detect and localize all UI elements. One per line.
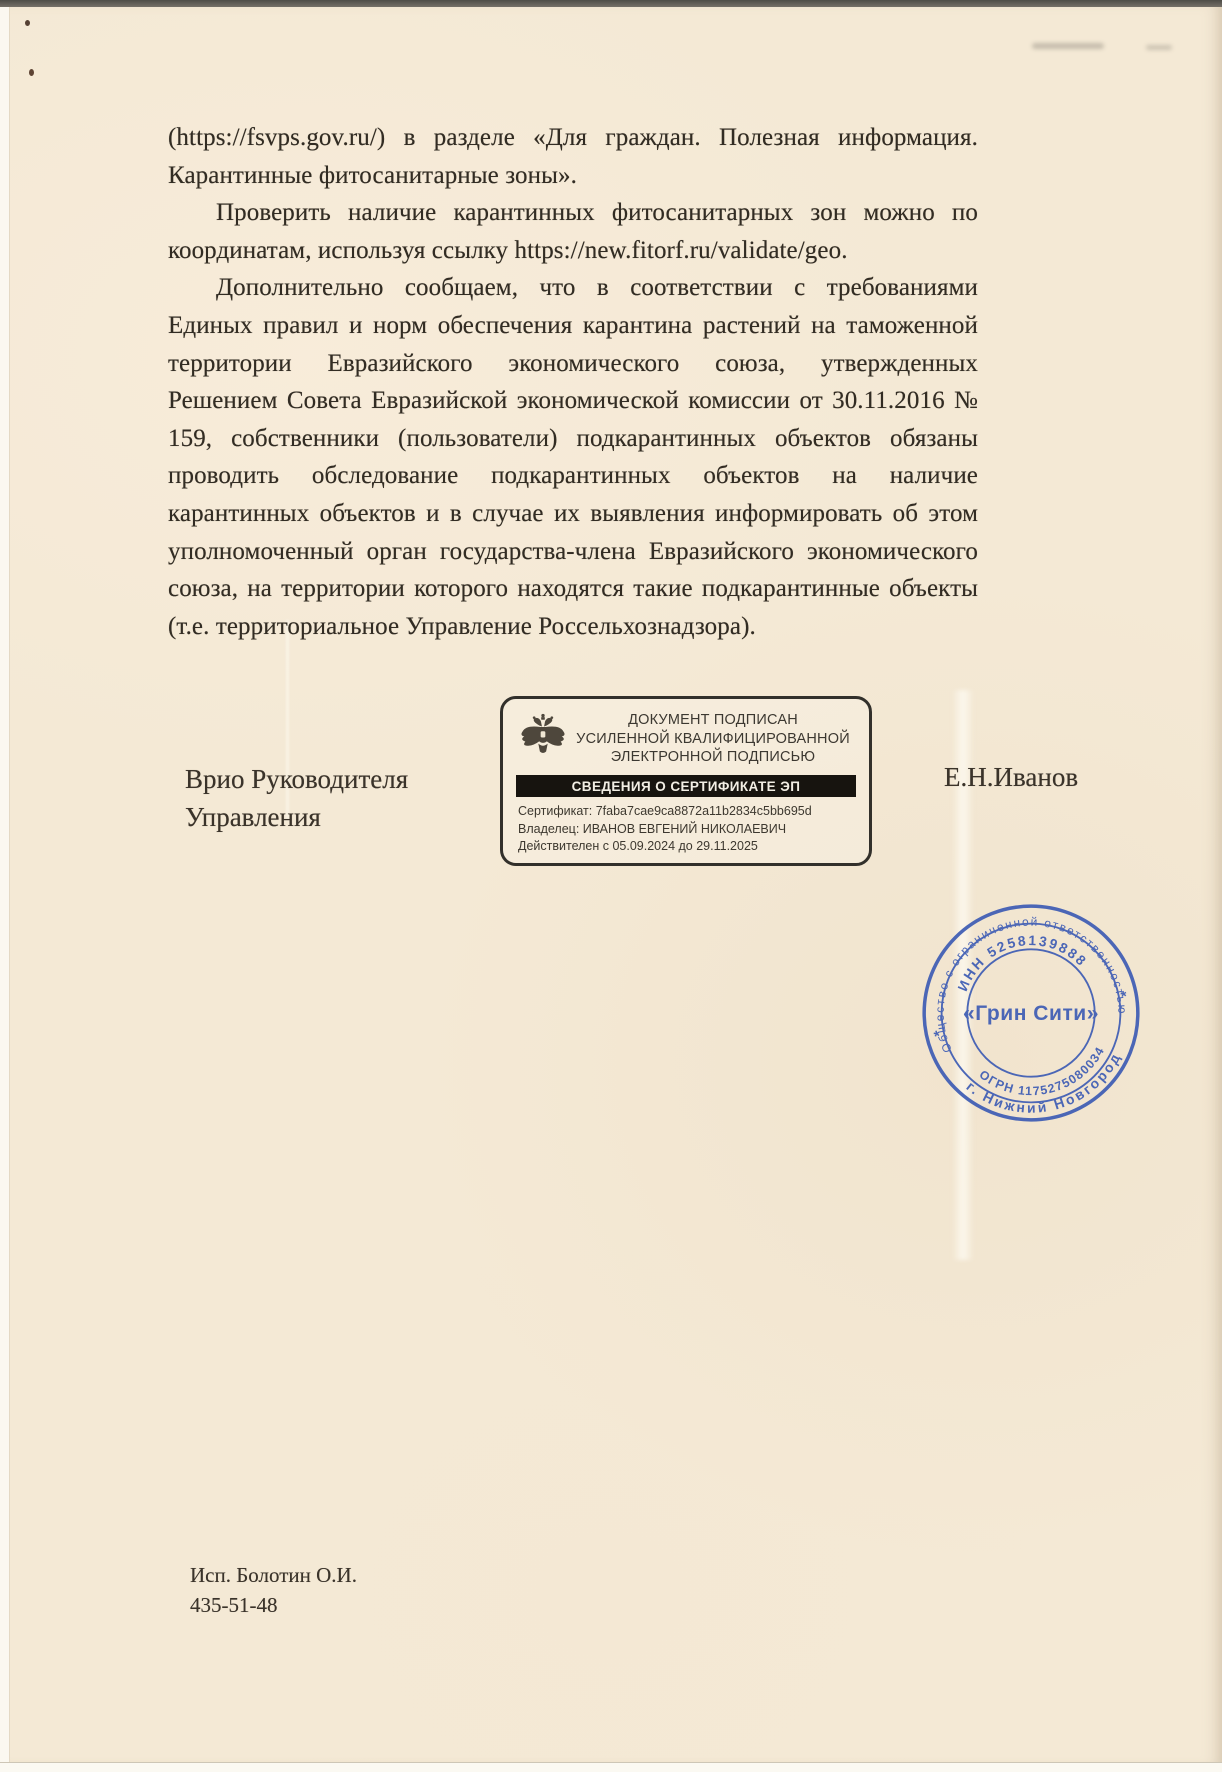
- staple-mark: [29, 69, 34, 76]
- signer-position-line: Врио Руководителя: [185, 760, 408, 798]
- esign-title-line: ЭЛЕКТРОННОЙ ПОДПИСЬЮ: [569, 748, 857, 767]
- body-line: уполномоченный орган государства-члена Е…: [168, 533, 978, 571]
- footer-executor-block: Исп. Болотин О.И. 435-51-48: [190, 1560, 357, 1620]
- signer-name: Е.Н.Иванов: [944, 762, 1078, 793]
- esign-title-line: УСИЛЕННОЙ КВАЛИФИЦИРОВАННОЙ: [569, 730, 857, 749]
- esign-certificate-owner: Владелец: ИВАНОВ ЕВГЕНИЙ НИКОЛАЕВИЧ: [518, 821, 857, 839]
- esign-certificate-validity: Действителен с 05.09.2024 до 29.11.2025: [518, 838, 857, 856]
- esign-certificate-number: Сертификат: 7faba7cae9ca8872a11b2834c5bb…: [518, 803, 857, 821]
- scan-smudge: [1032, 43, 1104, 49]
- letter-body: (https://fsvps.gov.ru/) в разделе «Для г…: [168, 119, 978, 645]
- body-line: Дополнительно сообщаем, что в соответств…: [168, 269, 978, 307]
- esign-certificate-bar: СВЕДЕНИЯ О СЕРТИФИКАТЕ ЭП: [516, 775, 856, 797]
- esign-title-line: ДОКУМЕНТ ПОДПИСАН: [569, 711, 857, 730]
- stamp-company-name: «Грин Сити»: [963, 1002, 1099, 1025]
- executor-phone: 435-51-48: [190, 1590, 357, 1620]
- company-round-stamp: Общество с ограниченной ответственностью…: [918, 900, 1144, 1126]
- body-line: координатам, используя ссылку https://ne…: [168, 232, 978, 270]
- staple-mark: [25, 20, 30, 26]
- scanned-letter-page: (https://fsvps.gov.ru/) в разделе «Для г…: [0, 0, 1222, 1772]
- signer-position-line: Управления: [185, 798, 408, 836]
- esignature-stamp-box: ДОКУМЕНТ ПОДПИСАН УСИЛЕННОЙ КВАЛИФИЦИРОВ…: [500, 696, 872, 866]
- esign-certificate-info: Сертификат: 7faba7cae9ca8872a11b2834c5bb…: [518, 803, 857, 856]
- scan-smudge: [1146, 45, 1172, 50]
- esign-title: ДОКУМЕНТ ПОДПИСАН УСИЛЕННОЙ КВАЛИФИЦИРОВ…: [569, 711, 857, 767]
- body-line: (т.е. территориальное Управление Россель…: [168, 608, 978, 646]
- scan-edge-bottom: [0, 1762, 1222, 1772]
- body-line: Единых правил и норм обеспечения каранти…: [168, 307, 978, 345]
- scan-edge-left: [0, 7, 10, 1772]
- body-line: союза, на территории которого находятся …: [168, 570, 978, 608]
- body-line: Карантинные фитосанитарные зоны».: [168, 157, 978, 195]
- body-line: Решением Совета Евразийской экономическо…: [168, 382, 978, 420]
- svg-text:Общество с ограниченной ответс: Общество с ограниченной ответственностью: [918, 900, 1132, 1055]
- body-line: карантинных объектов и в случае их выявл…: [168, 495, 978, 533]
- double-headed-eagle-icon: [517, 710, 569, 768]
- body-line: территории Евразийского экономического с…: [168, 345, 978, 383]
- executor-name: Исп. Болотин О.И.: [190, 1560, 357, 1590]
- body-line: 159, собственники (пользователи) подкара…: [168, 420, 978, 458]
- body-line: проводить обследование подкарантинных об…: [168, 457, 978, 495]
- signer-position: Врио Руководителя Управления: [185, 760, 408, 836]
- body-line: (https://fsvps.gov.ru/) в разделе «Для г…: [168, 119, 978, 157]
- scan-edge-top: [0, 0, 1222, 7]
- body-line: Проверить наличие карантинных фитосанита…: [168, 194, 978, 232]
- stamp-ring-text-top: Общество с ограниченной ответственностью: [918, 900, 1132, 1055]
